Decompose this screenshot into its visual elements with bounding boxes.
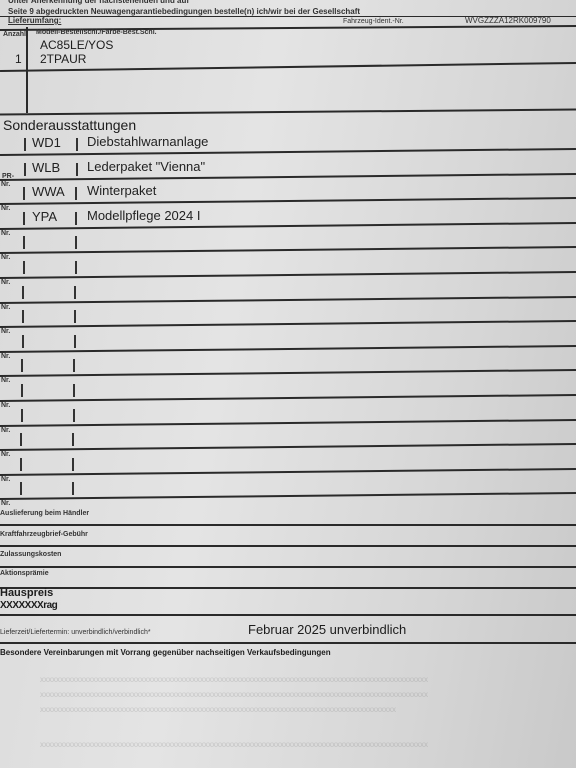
row-rule [0,443,576,451]
column-divider [75,187,77,200]
row-rule [0,173,576,181]
column-divider [22,286,24,299]
header-line-1: Unter Anerkennung der nachstehenden und … [8,0,189,5]
fee-admission: Zulassungskosten [0,551,61,558]
column-divider [73,384,75,397]
row-rule [0,345,576,353]
column-divider [72,482,74,495]
model-label: Modell-Bestellschl./Farbe-Best.Schl. [36,29,157,36]
row-rule [0,419,576,427]
row-rule [0,271,576,279]
row-rule [0,492,576,500]
overprinted-label: XXXXXXXrag [0,600,57,611]
row-rule [0,246,576,254]
column-divider [21,409,23,422]
nr-label: Nr. [1,181,10,188]
row-rule [0,222,576,230]
row-rule [0,296,576,304]
header-line-2: Seite 9 abgedruckten Neuwagengarantiebed… [8,7,360,16]
fee-registration-doc: Kraftfahrzeugbrief-Gebühr [0,531,88,538]
scope-label: Lieferumfang: [8,16,61,25]
quantity-value: 1 [15,52,22,66]
column-divider [22,335,24,348]
column-divider [72,433,74,446]
column-divider [20,482,22,495]
option-code: WLB [32,160,60,175]
column-divider [76,138,78,151]
options-title: Sonderausstattungen [3,117,136,133]
option-name: Diebstahlwarnanlage [87,134,208,149]
house-price-label: Hauspreis [0,587,53,599]
column-divider [75,236,77,249]
nr-label: Nr. [1,230,10,237]
column-divider [21,359,23,372]
nr-label: Nr. [1,254,10,261]
nr-label: Nr. [1,304,10,311]
column-divider [74,335,76,348]
nr-label: Nr. [1,476,10,483]
row-rule [0,394,576,402]
column-divider [22,310,24,323]
option-code: WWA [32,184,65,199]
column-divider [75,261,77,274]
column-divider [23,261,25,274]
vin-label: Fahrzeug-Ident.-Nr. [343,18,404,25]
nr-label: Nr. [1,427,10,434]
column-divider [24,163,26,176]
nr-label: Nr. [1,377,10,384]
option-code: YPA [32,209,57,224]
option-code: WD1 [32,135,61,150]
row-rule [0,148,576,156]
column-divider [23,236,25,249]
option-name: Winterpaket [87,183,156,198]
column-divider [20,458,22,471]
row-rule [0,320,576,328]
column-divider [74,310,76,323]
option-name: Modellpflege 2024 I [87,208,200,223]
fee-promo: Aktionsprämie [0,570,49,577]
nr-label: Nr. [1,279,10,286]
agreements-label: Besondere Vereinbarungen mit Vorrang geg… [0,648,331,657]
row-rule [0,369,576,377]
column-divider [73,359,75,372]
nr-label: Nr. [1,328,10,335]
column-divider [21,384,23,397]
color-code: 2TPAUR [40,52,86,66]
column-divider [23,187,25,200]
column-divider [76,163,78,176]
vin-value: WVGZZZA12RK009790 [465,16,551,25]
row-rule [0,197,576,205]
nr-label: Nr. [1,402,10,409]
column-divider [73,409,75,422]
column-divider [75,212,77,225]
nr-label: Nr. [1,451,10,458]
column-divider [72,458,74,471]
nr-label: Nr. [1,205,10,212]
qty-label: Anzahl [3,31,26,38]
nr-label: Nr. [1,353,10,360]
column-divider [24,138,26,151]
column-divider [74,286,76,299]
fee-delivery: Auslieferung beim Händler [0,510,89,517]
column-divider [23,212,25,225]
option-name: Lederpaket "Vienna" [87,159,205,174]
delivery-value: Februar 2025 unverbindlich [248,622,406,637]
delivery-label: Lieferzeit/Liefertermin: unverbindlich/v… [0,629,151,636]
model-code: AC85LE/YOS [40,38,113,52]
row-rule [0,468,576,476]
nr-label: Nr. [1,500,10,507]
column-divider [20,433,22,446]
